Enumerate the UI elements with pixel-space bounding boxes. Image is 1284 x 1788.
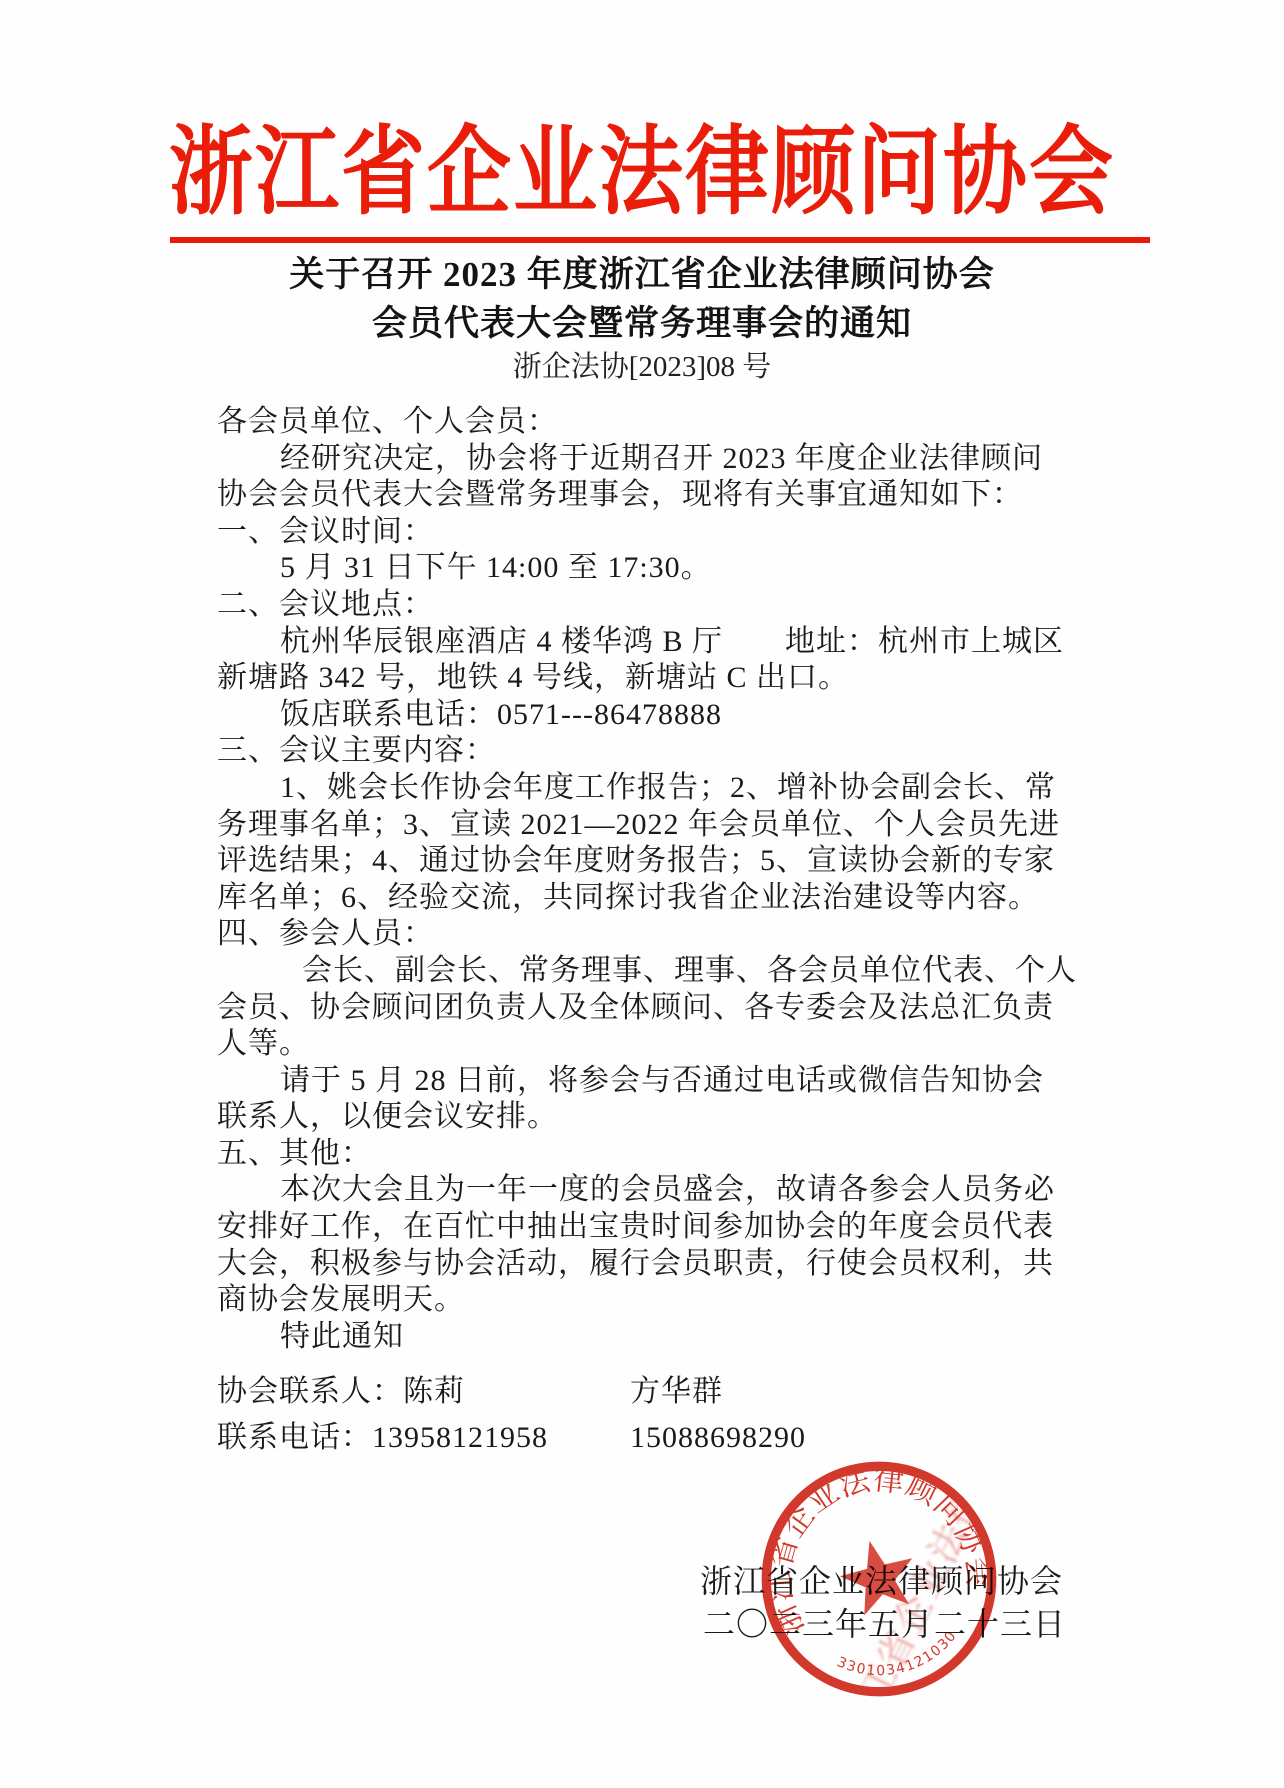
body-line: 联系人，以便会议安排。: [217, 1099, 1097, 1136]
body-line: 杭州华辰银座酒店 4 楼华鸿 B 厅 地址：杭州市上城区: [217, 624, 1097, 661]
body-line: 人等。: [217, 1026, 1097, 1063]
body-line: 1、姚会长作协会年度工作报告；2、增补协会副会长、常: [217, 770, 1097, 807]
body-line: 5 月 31 日下午 14:00 至 17:30。: [217, 550, 1097, 587]
official-seal-graphic: 浙江省企业法律顾问协会 浙江省企业法律顾问协会 3301034121030: [731, 1431, 1027, 1727]
letterhead-divider-rule: [170, 237, 1150, 243]
notice-title-line1: 关于召开 2023 年度浙江省企业法律顾问协会: [0, 247, 1284, 297]
notice-document-page: 浙江省企业法律顾问协会 关于召开 2023 年度浙江省企业法律顾问协会 会员代表…: [0, 0, 1284, 1788]
body-line: 商协会发展明天。: [217, 1282, 1097, 1319]
body-line: 会长、副会长、常务理事、理事、各会员单位代表、个人: [217, 953, 1097, 990]
contact-phones-row: 联系电话：13958121958 15088698290: [217, 1420, 548, 1456]
body-line: 饭店联系电话：0571---86478888: [217, 697, 1097, 734]
document-number: 浙企法协[2023]08 号: [0, 344, 1284, 385]
body-line: 本次大会且为一年一度的会员盛会，故请各参会人员务必: [217, 1172, 1097, 1209]
contact-person-2: 方华群: [630, 1374, 723, 1410]
body-line: 各会员单位、个人会员：: [217, 404, 1097, 441]
contact-person-1: 陈莉: [403, 1375, 465, 1408]
contact-phone-1: 13958121958: [372, 1421, 548, 1454]
contact-phone-2: 15088698290: [630, 1420, 806, 1456]
body-line: 安排好工作，在百忙中抽出宝贵时间参加协会的年度会员代表: [217, 1209, 1097, 1246]
body-line-section-5: 五、其他：: [217, 1136, 1097, 1173]
body-line-section-1: 一、会议时间：: [217, 514, 1097, 551]
body-line-hereby-notice: 特此通知: [217, 1319, 1097, 1356]
body-line: 库名单；6、经验交流，共同探讨我省企业法治建设等内容。: [217, 880, 1097, 917]
notice-body: 各会员单位、个人会员： 经研究决定，协会将于近期召开 2023 年度企业法律顾问…: [217, 404, 1097, 1355]
body-line: 新塘路 342 号，地铁 4 号线，新塘站 C 出口。: [217, 660, 1097, 697]
body-line-section-2: 二、会议地点：: [217, 587, 1097, 624]
body-line: 务理事名单；3、宣读 2021—2022 年会员单位、个人会员先进: [217, 807, 1097, 844]
body-line: 经研究决定，协会将于近期召开 2023 年度企业法律顾问: [217, 441, 1097, 478]
body-line: 请于 5 月 28 日前，将参会与否通过电话或微信告知协会: [217, 1063, 1097, 1100]
contact-phones-label: 联系电话：: [217, 1421, 372, 1454]
letterhead-org-title: 浙江省企业法律顾问协会: [0, 117, 1284, 232]
body-line: 评选结果；4、通过协会年度财务报告；5、宣读协会新的专家: [217, 843, 1097, 880]
body-line-section-4: 四、参会人员：: [217, 916, 1097, 953]
body-line: 大会，积极参与协会活动，履行会员职责，行使会员权利，共: [217, 1246, 1097, 1283]
body-line-section-3: 三、会议主要内容：: [217, 733, 1097, 770]
official-seal: 浙江省企业法律顾问协会 浙江省企业法律顾问协会 3301034121030: [757, 1457, 1001, 1701]
contact-persons-row: 协会联系人：陈莉 方华群: [217, 1374, 465, 1410]
body-line: 会员、协会顾问团负责人及全体顾问、各专委会及法总汇负责: [217, 990, 1097, 1027]
body-line: 协会会员代表大会暨常务理事会，现将有关事宜通知如下：: [217, 477, 1097, 514]
notice-title-line2: 会员代表大会暨常务理事会的通知: [0, 296, 1284, 346]
contact-persons-label: 协会联系人：: [217, 1375, 403, 1408]
